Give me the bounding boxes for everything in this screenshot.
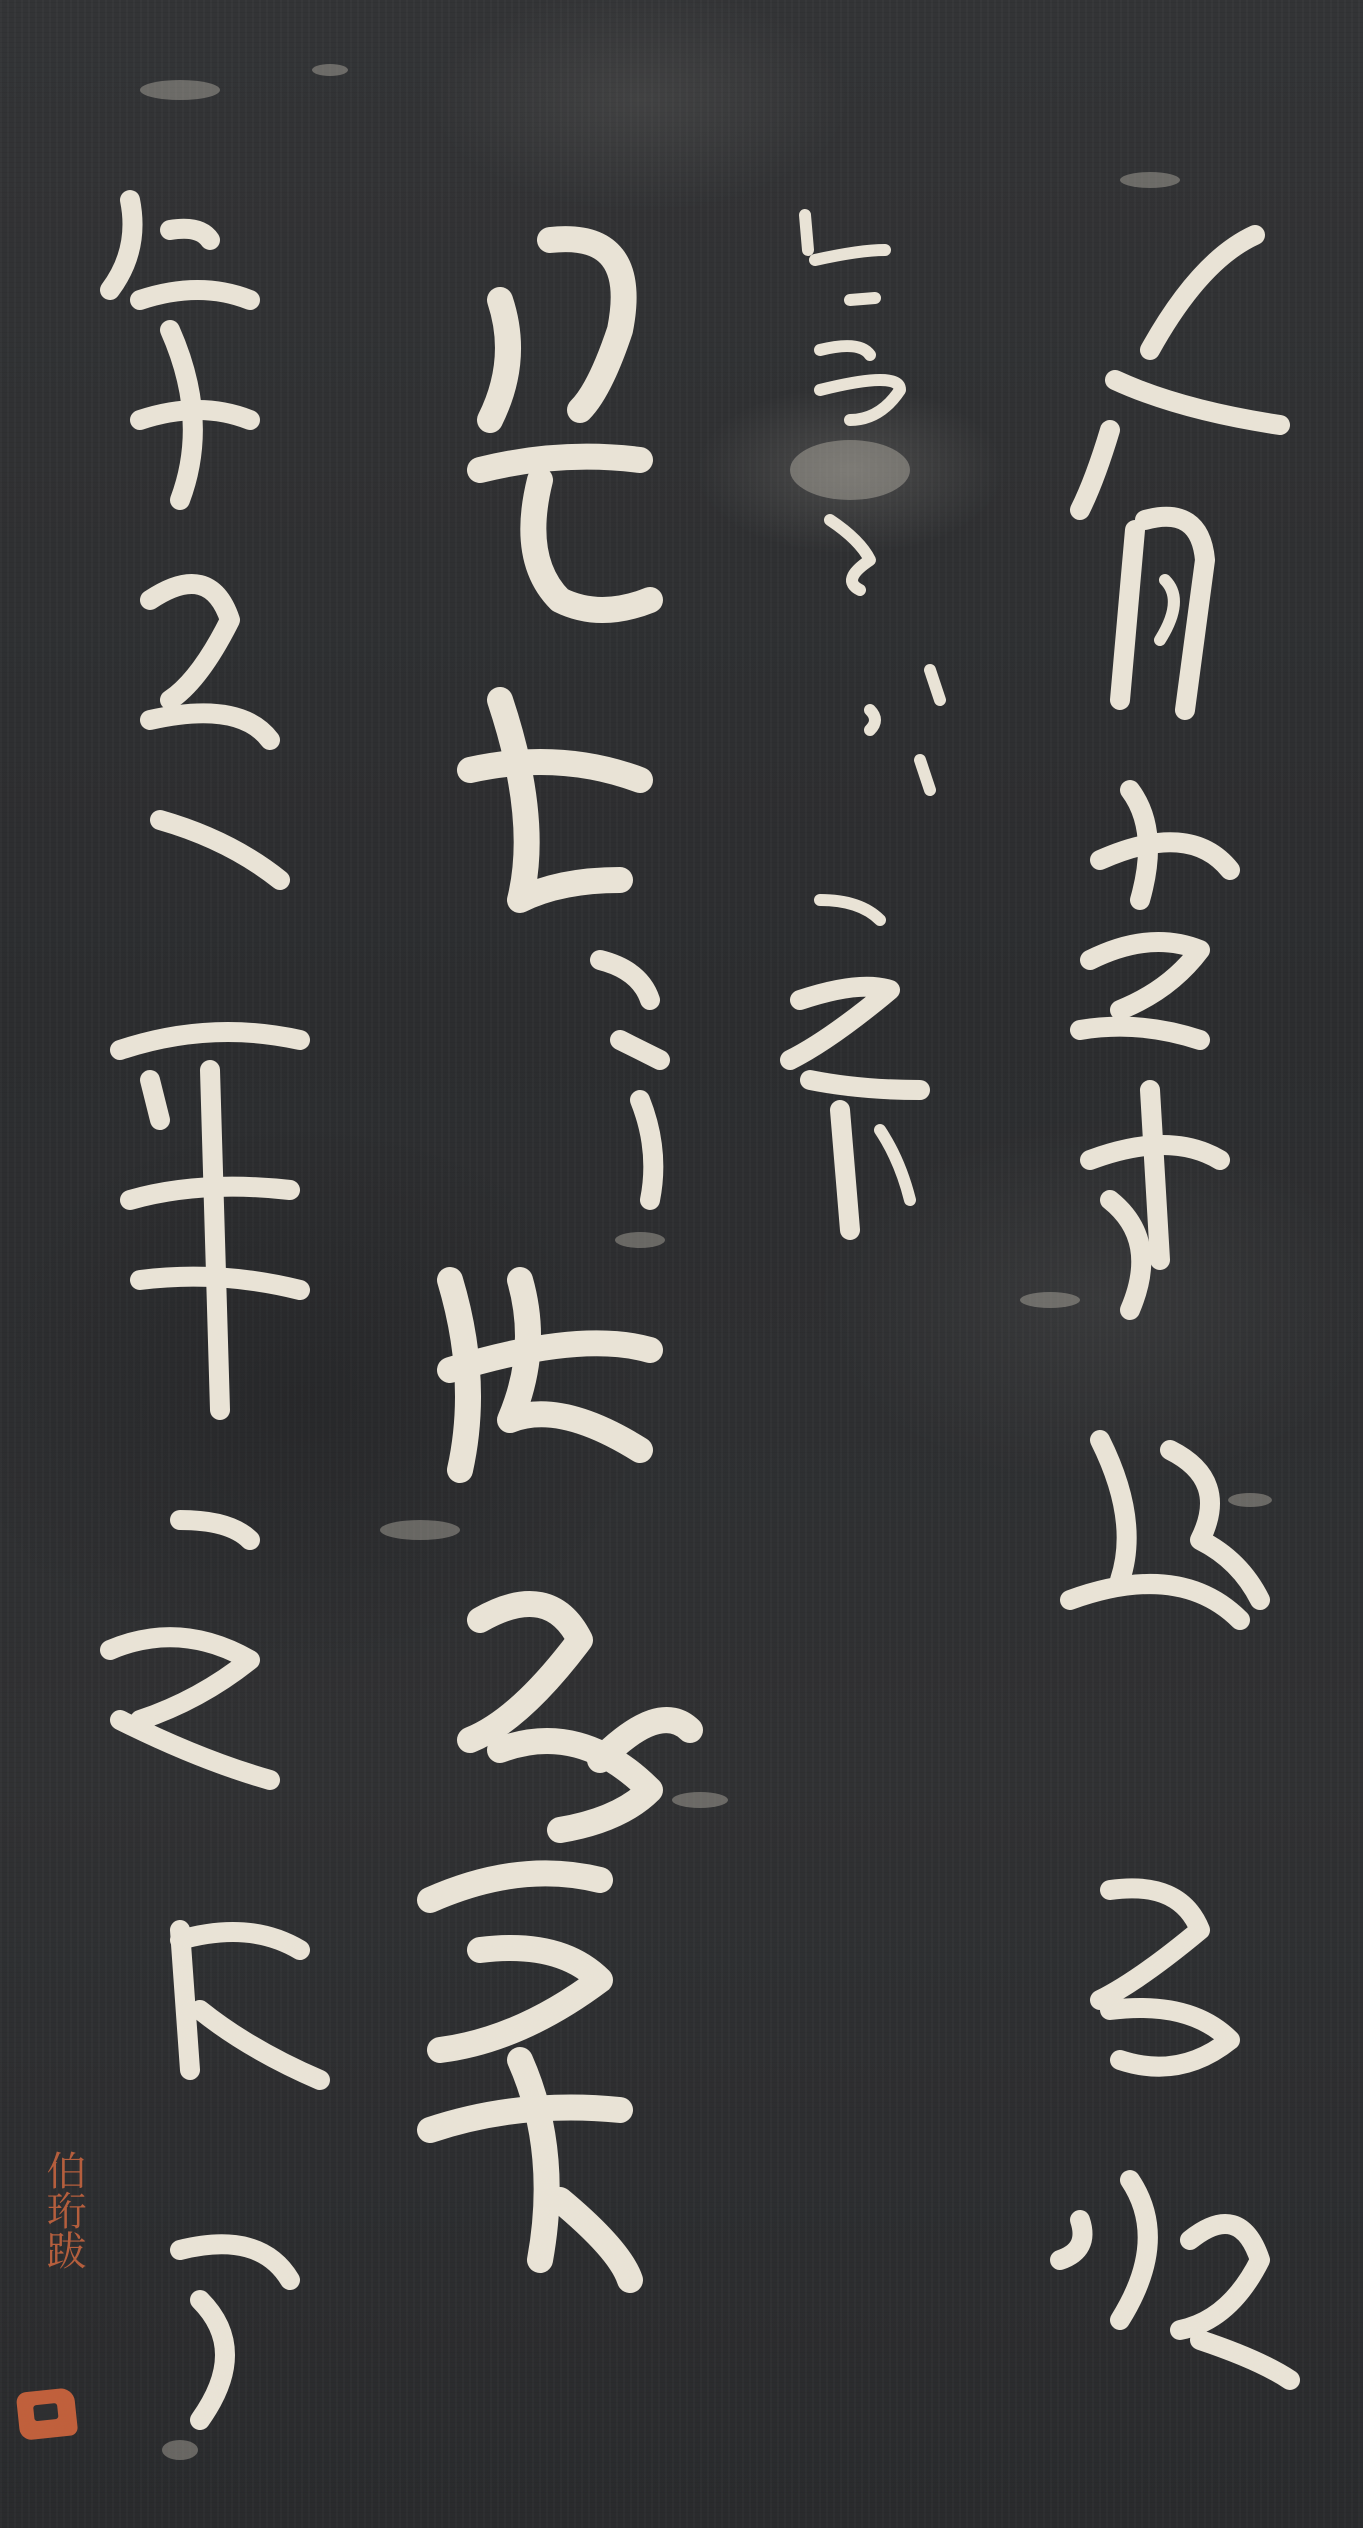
red-seal-stamp xyxy=(16,2387,79,2441)
red-inscription: 伯珩跋 xyxy=(6,2150,86,2270)
paper-specks xyxy=(140,64,1272,2460)
column-left xyxy=(110,200,320,2420)
column-right-small xyxy=(790,215,940,1230)
calligraphy-strokes xyxy=(0,0,1363,2528)
column-right xyxy=(1060,235,1290,2380)
calligraphy-rubbing: 伯珩跋 calligraphy rubbing xyxy=(0,0,1363,2528)
column-middle xyxy=(430,239,690,2280)
